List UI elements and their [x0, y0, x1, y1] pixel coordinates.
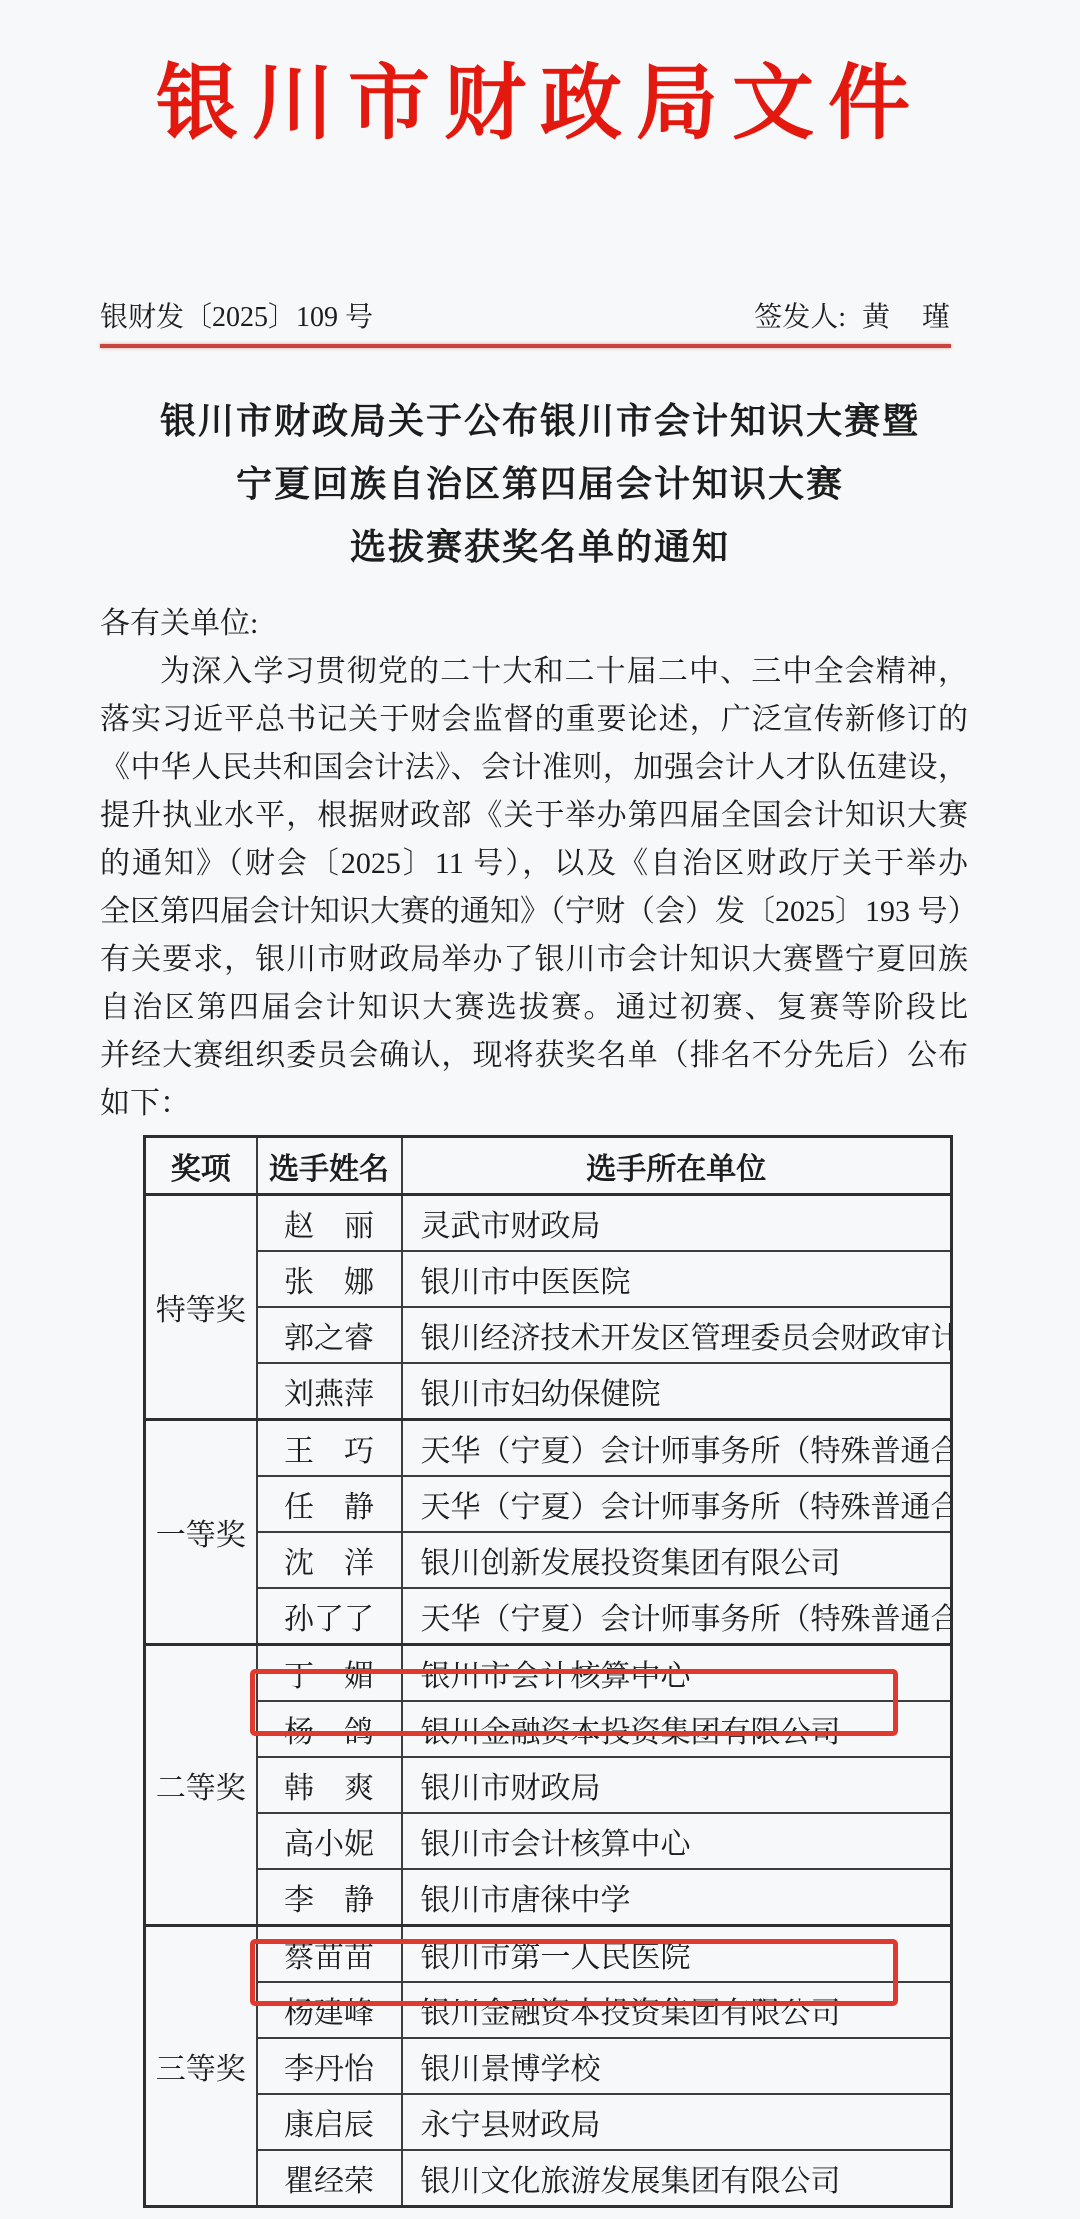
- table-row: 李 静银川市唐徕中学: [145, 1869, 952, 1926]
- document-body: 各有关单位: 为深入学习贯彻党的二十大和二十届二中、三中全会精神， 落实习近平总…: [100, 600, 968, 1128]
- contestant-unit-cell: 银川市会计核算中心: [402, 1645, 952, 1702]
- award-group-cell: 特等奖: [145, 1195, 257, 1420]
- contestant-name-cell: 张 娜: [257, 1251, 402, 1307]
- title-line-1: 银川市财政局关于公布银川市会计知识大赛暨: [0, 390, 1080, 453]
- table-row: 刘燕萍银川市妇幼保健院: [145, 1363, 952, 1420]
- table-header-row: 奖项 选手姓名 选手所在单位: [145, 1137, 952, 1195]
- contestant-name-cell: 康启辰: [257, 2094, 402, 2150]
- contestant-unit-cell: 银川金融资本投资集团有限公司: [402, 1982, 952, 2038]
- body-line: 《中华人民共和国会计法》、会计准则，加强会计人才队伍建设，: [100, 744, 968, 792]
- table-row: 一等奖王 巧天华（宁夏）会计师事务所（特殊普通合伙）: [145, 1420, 952, 1477]
- table-row: 张 娜银川市中医医院: [145, 1251, 952, 1307]
- table-row: 三等奖蔡苗苗银川市第一人民医院: [145, 1926, 952, 1983]
- header-unit: 选手所在单位: [402, 1137, 952, 1195]
- table-row: 二等奖丁 媚银川市会计核算中心: [145, 1645, 952, 1702]
- award-group-cell: 一等奖: [145, 1420, 257, 1645]
- body-line: 并经大赛组织委员会确认，现将获奖名单（排名不分先后）公布: [100, 1032, 968, 1080]
- signer-name: 黄 瑾: [862, 302, 952, 333]
- contestant-unit-cell: 银川金融资本投资集团有限公司: [402, 1701, 952, 1757]
- header-name: 选手姓名: [257, 1137, 402, 1195]
- salutation: 各有关单位:: [100, 600, 968, 648]
- body-line: 有关要求，银川市财政局举办了银川市会计知识大赛暨宁夏回族: [100, 936, 968, 984]
- contestant-unit-cell: 银川创新发展投资集团有限公司: [402, 1532, 952, 1588]
- contestant-unit-cell: 永宁县财政局: [402, 2094, 952, 2150]
- awards-table-grid: 奖项 选手姓名 选手所在单位 特等奖赵 丽灵武市财政局张 娜银川市中医医院郭之睿…: [143, 1135, 953, 2208]
- table-row: 杨建峰银川金融资本投资集团有限公司: [145, 1982, 952, 2038]
- contestant-name-cell: 李丹怡: [257, 2038, 402, 2094]
- document-page: 银川市财政局文件 银财发〔2025〕109 号 签发人:黄 瑾 银川市财政局关于…: [0, 0, 1080, 2219]
- contestant-unit-cell: 银川市第一人民医院: [402, 1926, 952, 1983]
- contestant-name-cell: 韩 爽: [257, 1757, 402, 1813]
- body-line: 如下：: [100, 1080, 968, 1128]
- contestant-name-cell: 刘燕萍: [257, 1363, 402, 1420]
- contestant-name-cell: 蔡苗苗: [257, 1926, 402, 1983]
- document-number: 银财发〔2025〕109 号: [100, 295, 373, 335]
- contestant-name-cell: 丁 媚: [257, 1645, 402, 1702]
- body-line: 全区第四届会计知识大赛的通知》（宁财（会）发〔2025〕193 号）: [100, 888, 968, 936]
- award-group-cell: 三等奖: [145, 1926, 257, 2207]
- table-row: 沈 洋银川创新发展投资集团有限公司: [145, 1532, 952, 1588]
- award-group-cell: 二等奖: [145, 1645, 257, 1926]
- signer-label: 签发人:: [754, 302, 846, 333]
- table-row: 特等奖赵 丽灵武市财政局: [145, 1195, 952, 1252]
- contestant-name-cell: 高小妮: [257, 1813, 402, 1869]
- table-row: 高小妮银川市会计核算中心: [145, 1813, 952, 1869]
- contestant-name-cell: 沈 洋: [257, 1532, 402, 1588]
- contestant-unit-cell: 灵武市财政局: [402, 1195, 952, 1252]
- table-row: 任 静天华（宁夏）会计师事务所（特殊普通合伙）: [145, 1476, 952, 1532]
- body-line: 自治区第四届会计知识大赛选拔赛。通过初赛、复赛等阶段比赛，: [100, 984, 968, 1032]
- signer: 签发人:黄 瑾: [754, 295, 952, 335]
- document-banner-title: 银川市财政局文件: [0, 38, 1080, 155]
- document-number-row: 银财发〔2025〕109 号 签发人:黄 瑾: [100, 295, 952, 335]
- body-line: 落实习近平总书记关于财会监督的重要论述，广泛宣传新修订的: [100, 696, 968, 744]
- table-row: 瞿经荣银川文化旅游发展集团有限公司: [145, 2150, 952, 2207]
- contestant-unit-cell: 银川经济技术开发区管理委员会财政审计局: [402, 1307, 952, 1363]
- contestant-unit-cell: 银川市中医医院: [402, 1251, 952, 1307]
- body-line: 为深入学习贯彻党的二十大和二十届二中、三中全会精神，: [100, 648, 968, 696]
- contestant-name-cell: 李 静: [257, 1869, 402, 1926]
- contestant-name-cell: 王 巧: [257, 1420, 402, 1477]
- contestant-name-cell: 孙了了: [257, 1588, 402, 1645]
- contestant-name-cell: 赵 丽: [257, 1195, 402, 1252]
- contestant-unit-cell: 天华（宁夏）会计师事务所（特殊普通合伙）: [402, 1476, 952, 1532]
- contestant-name-cell: 瞿经荣: [257, 2150, 402, 2207]
- contestant-name-cell: 杨建峰: [257, 1982, 402, 2038]
- contestant-unit-cell: 天华（宁夏）会计师事务所（特殊普通合伙）: [402, 1420, 952, 1477]
- body-line: 提升执业水平，根据财政部《关于举办第四届全国会计知识大赛: [100, 792, 968, 840]
- contestant-unit-cell: 银川文化旅游发展集团有限公司: [402, 2150, 952, 2207]
- table-row: 康启辰永宁县财政局: [145, 2094, 952, 2150]
- contestant-name-cell: 杨 鸽: [257, 1701, 402, 1757]
- table-row: 韩 爽银川市财政局: [145, 1757, 952, 1813]
- title-line-3: 选拔赛获奖名单的通知: [0, 516, 1080, 579]
- contestant-unit-cell: 银川景博学校: [402, 2038, 952, 2094]
- body-line: 的通知》（财会〔2025〕11 号），以及《自治区财政厅关于举办: [100, 840, 968, 888]
- contestant-unit-cell: 银川市财政局: [402, 1757, 952, 1813]
- document-title: 银川市财政局关于公布银川市会计知识大赛暨 宁夏回族自治区第四届会计知识大赛 选拔…: [0, 390, 1080, 579]
- red-divider-line: [100, 344, 951, 348]
- contestant-name-cell: 郭之睿: [257, 1307, 402, 1363]
- contestant-unit-cell: 天华（宁夏）会计师事务所（特殊普通合伙）: [402, 1588, 952, 1645]
- contestant-name-cell: 任 静: [257, 1476, 402, 1532]
- table-row: 李丹怡银川景博学校: [145, 2038, 952, 2094]
- table-row: 孙了了天华（宁夏）会计师事务所（特殊普通合伙）: [145, 1588, 952, 1645]
- title-line-2: 宁夏回族自治区第四届会计知识大赛: [0, 453, 1080, 516]
- table-row: 郭之睿银川经济技术开发区管理委员会财政审计局: [145, 1307, 952, 1363]
- awards-table: 奖项 选手姓名 选手所在单位 特等奖赵 丽灵武市财政局张 娜银川市中医医院郭之睿…: [143, 1135, 953, 2208]
- contestant-unit-cell: 银川市会计核算中心: [402, 1813, 952, 1869]
- table-row: 杨 鸽银川金融资本投资集团有限公司: [145, 1701, 952, 1757]
- contestant-unit-cell: 银川市唐徕中学: [402, 1869, 952, 1926]
- header-award: 奖项: [145, 1137, 257, 1195]
- contestant-unit-cell: 银川市妇幼保健院: [402, 1363, 952, 1420]
